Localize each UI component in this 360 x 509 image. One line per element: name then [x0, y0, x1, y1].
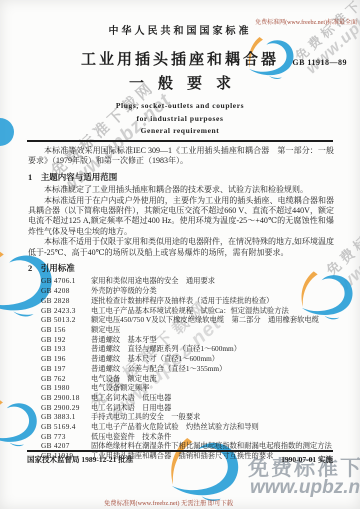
standard-code: GB 5169.4 [41, 422, 91, 432]
standard-item: GB 2900.29电工名词术语 日用电器 [41, 403, 334, 413]
standard-item: GB 196普通螺纹 基本尺寸（直径1～600mm） [41, 354, 334, 364]
standard-item: GB 4208外壳防护等级的分类 [41, 286, 334, 296]
standard-name: 普通螺纹 直径与螺距系列（直径1～600mm） [91, 344, 241, 353]
standard-name: 电工电子产品基本环境试验规程 试验Ca：恒定湿热试验方法 [91, 306, 289, 315]
standard-item: GB 193普通螺纹 直径与螺距系列（直径1～600mm） [41, 344, 334, 354]
watermark-bottom-site-url: www.upbz.net [250, 477, 360, 499]
standard-code: GB 2900.29 [41, 403, 91, 413]
standard-item: GB 192普通螺纹 基本牙型 [41, 335, 334, 345]
standard-code: GB 5013.2 [41, 315, 91, 325]
referenced-standards-list: GB 4706.1家用和类似用途电器的安全 通用要求 GB 4208外壳防护等级… [28, 276, 334, 460]
intro-paragraph: 本标准等效采用国际标准IEC 309—1《工业用插头插座和耦合器 第一部分：一般… [28, 146, 334, 167]
standard-item: GB 2423.3电工电子产品基本环境试验规程 试验Ca：恒定湿热试验方法 [41, 306, 334, 316]
standard-code: GB 2828 [41, 296, 91, 306]
watermark-top-note: 免费标准网(www.freebz.net)标准最全面 [255, 17, 357, 26]
standard-name: 普通螺纹 基本尺寸（直径1～600mm） [91, 354, 219, 363]
standard-code: GB 762 [41, 374, 91, 384]
standard-name: 家用和类似用途电器的安全 通用要求 [91, 276, 215, 285]
standard-code: GB 2900.18 [41, 393, 91, 403]
standard-code: GB 193 [41, 344, 91, 354]
title-english-line3: General requirement [0, 125, 360, 138]
standard-code: GB 1980 [41, 383, 91, 393]
standard-number: GB 11918—89 [292, 58, 347, 67]
document-footer: 国家技术监督局 1989-12-21 批准 1990-07-01 实施 [27, 454, 333, 465]
header-divider [27, 140, 333, 142]
standard-name: 低压电瓷瓷件 技术条件 [91, 432, 171, 441]
section1-heading: 1 主题内容与适用范围 [28, 172, 334, 182]
standard-code: GB 2423.3 [41, 306, 91, 316]
standard-name: 外壳防护等级的分类 [91, 286, 157, 295]
approval-note: 国家技术监督局 1989-12-21 批准 [27, 454, 133, 465]
standard-item: GB 2828逐批检查计数抽样程序及抽样表（适用于连续批的检查） [41, 296, 334, 306]
standard-name: 电气设备 额定电流 [91, 374, 157, 383]
section1-paragraph2: 本标准适用于在户内或户外使用的，主要作为工业用的插头插座、电缆耦合器和器具耦合器… [28, 196, 334, 238]
standard-code: GB 4706.1 [41, 276, 91, 286]
standard-item: GB 156额定电压 [41, 325, 334, 335]
standard-name: 额定电压 [91, 325, 120, 334]
footer-divider [27, 450, 333, 452]
standard-code: GB 192 [41, 335, 91, 345]
standard-name: 额定电压450/750 V及以下橡皮绝缘软电缆 第二部分 通用橡套软电缆 [91, 315, 319, 324]
standard-item: GB 1980电气设备额定频率 [41, 383, 334, 393]
standard-document-page: 免费标准网(www.freebz.net)标准最全面 免费标准下载网 www.u… [0, 0, 360, 509]
standard-name: 手持式电动工具的安全 一般要求 [91, 412, 200, 421]
standard-code: GB 197 [41, 364, 91, 374]
standard-name: 逐批检查计数抽样程序及抽样表（适用于连续批的检查） [91, 296, 273, 305]
standard-item: GB 762电气设备 额定电流 [41, 374, 334, 384]
standard-item: GB 4706.1家用和类似用途电器的安全 通用要求 [41, 276, 334, 286]
standard-item: GB 2900.18电工名词术语 低压电器 [41, 393, 334, 403]
standard-name: 普通螺纹 公差与配合（直径1～355mm） [91, 364, 226, 373]
standard-name: 电工电子产品着火危险试验 灼热丝试验方法和导则 [91, 422, 259, 431]
standard-item: GB 197普通螺纹 公差与配合（直径1～355mm） [41, 364, 334, 374]
standard-code: GB 3883.1 [41, 412, 91, 422]
standard-code: GB 4208 [41, 286, 91, 296]
title-chinese-line2: 一般要求 [0, 72, 360, 93]
standard-name: 电工名词术语 日用电器 [91, 403, 171, 412]
standard-name: 普通螺纹 基本牙型 [91, 335, 157, 344]
section2-heading: 2 引用标准 [28, 263, 334, 273]
standard-name: 电工名词术语 低压电器 [91, 393, 171, 402]
section1-paragraph3: 本标准不适用于仅限于家用和类似用途的电器附件，在情况特殊的地方,如环境温度低于-… [28, 237, 334, 258]
title-english-line1: Plugs, socket-outlets and couplers [0, 100, 360, 113]
standard-item: GB 773低压电瓷瓷件 技术条件 [41, 432, 334, 442]
standard-code: GB 156 [41, 325, 91, 335]
standard-item: GB 3883.1手持式电动工具的安全 一般要求 [41, 412, 334, 422]
standard-code: GB 773 [41, 432, 91, 442]
standard-item: GB 5013.2额定电压450/750 V及以下橡皮绝缘软电缆 第二部分 通用… [41, 315, 334, 325]
standard-code: GB 196 [41, 354, 91, 364]
document-body: 本标准等效采用国际标准IEC 309—1《工业用插头插座和耦合器 第一部分：一般… [28, 146, 334, 461]
document-header: 中华人民共和国国家标准 工业用插头插座和耦合器 一般要求 Plugs, sock… [0, 22, 360, 138]
standard-item: GB 5169.4电工电子产品着火危险试验 灼热丝试验方法和导则 [41, 422, 334, 432]
title-english-line2: for industrial purposes [0, 113, 360, 126]
implementation-note: 1990-07-01 实施 [281, 454, 333, 465]
standard-name: 电气设备额定频率 [91, 383, 149, 392]
watermark-bottom-note: 免费标准网(www.freebz.net) 无需注册 即可下载 [104, 498, 233, 507]
section1-paragraph1: 本标准规定了工业用插头插座和耦合器的技术要求、试验方法和检验规则。 [28, 185, 334, 195]
